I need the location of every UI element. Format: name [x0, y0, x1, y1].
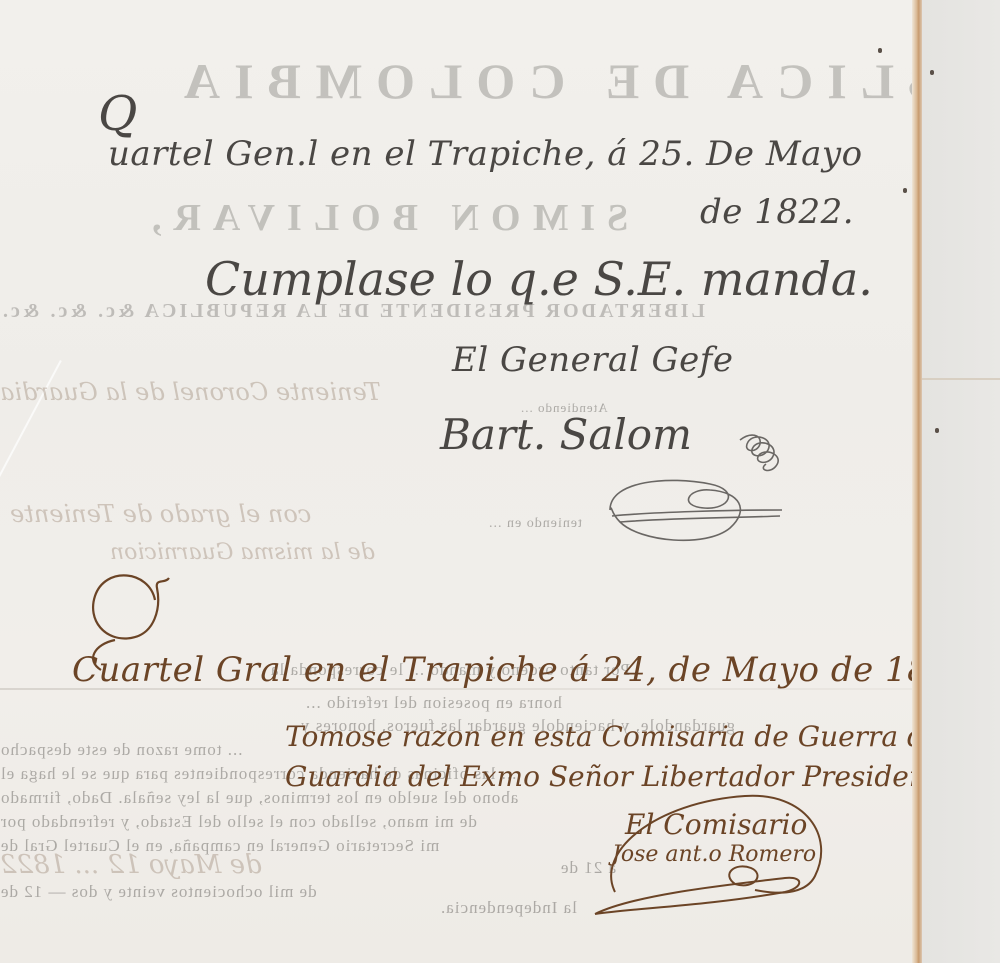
printed-fragment: de mil ochocientos veinte y dos — 12 de [0, 882, 317, 902]
endorsement2-signature-title: El Comisario [625, 808, 807, 841]
endorsement1-title: El General Gefe [452, 340, 734, 380]
paper-blemish [930, 70, 934, 75]
paper-blemish [878, 48, 882, 53]
endorsement2-line1: Cuartel Gral en el Trapiche á 24, de May… [72, 650, 914, 690]
printed-fragment: honra en posesion del referido ... [305, 693, 562, 713]
show-through-handwriting: de Mayo 12 ... 1822 [0, 850, 262, 880]
paper-crease [0, 360, 62, 732]
printed-fragment: la Independencia. [440, 898, 577, 918]
document-page: REPUBLICA DE COLOMBIA SIMON BOLIVAR, LIB… [0, 0, 914, 963]
back-sheet [922, 0, 1000, 963]
printed-fragment: de mi mano, sellado con el sello del Est… [0, 812, 477, 832]
printed-fragment: ... tome razon de este despacho [0, 740, 242, 760]
endorsement1-cumplase: Cumplase lo q.e S.E. manda. [205, 252, 873, 306]
back-sheet-fold [922, 378, 1000, 380]
show-through-handwriting: Teniente Coronel de la Guardia [0, 378, 381, 406]
endorsement1-line1: uartel Gen.l en el Trapiche, á 25. De Ma… [108, 134, 863, 174]
paper-blemish [935, 428, 939, 433]
paper-blemish [903, 188, 907, 193]
endorsement2-line2: Tomose razon en esta Comisaria de Guerra… [285, 720, 914, 753]
endorsement1-date-year: de 1822. [700, 192, 854, 232]
printed-letterhead-republica: REPUBLICA DE COLOMBIA [170, 52, 914, 110]
rubric-flourish-salom [590, 420, 800, 560]
show-through-handwriting: con el grado de Teniente [10, 500, 311, 528]
printed-letterhead-bolivar: SIMON BOLIVAR, [140, 196, 628, 240]
printed-fragment: teniendo en ... [488, 516, 582, 532]
endorsement2-signature-name: Jose ant.o Romero [612, 842, 816, 867]
